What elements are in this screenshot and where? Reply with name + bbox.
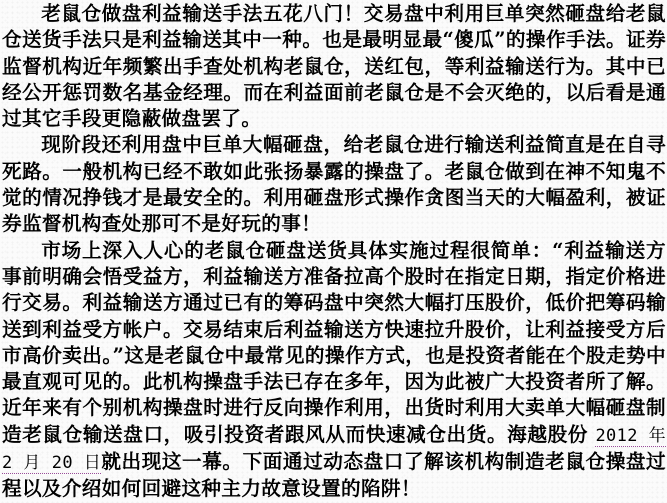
paragraph-3: 市场上深入人心的老鼠仓砸盘送货具体实施过程很简单：“利益输送方事前明确会悟受益方…: [2, 238, 666, 475]
paragraph-2: 现阶段还利用盘中巨单大幅砸盘，给老鼠仓进行输送利益简直是在自寻死路。一般机构已经…: [2, 132, 666, 237]
paragraph-3-text-after: 就出现这一幕。下面通过动态盘口了解该机构制造老鼠仓操盘过程以及介绍如何回避这种主…: [2, 450, 666, 475]
paragraph-3-text-before: 市场上深入人心的老鼠仓砸盘送货具体实施过程很简单：“利益输送方事前明确会悟受益方…: [2, 239, 666, 446]
article-body: 老鼠仓做盘利益输送手法五花八门！交易盘中利用巨单突然砸盘给老鼠仓送货手法只是利益…: [2, 1, 666, 475]
paragraph-1: 老鼠仓做盘利益输送手法五花八门！交易盘中利用巨单突然砸盘给老鼠仓送货手法只是利益…: [2, 1, 666, 132]
